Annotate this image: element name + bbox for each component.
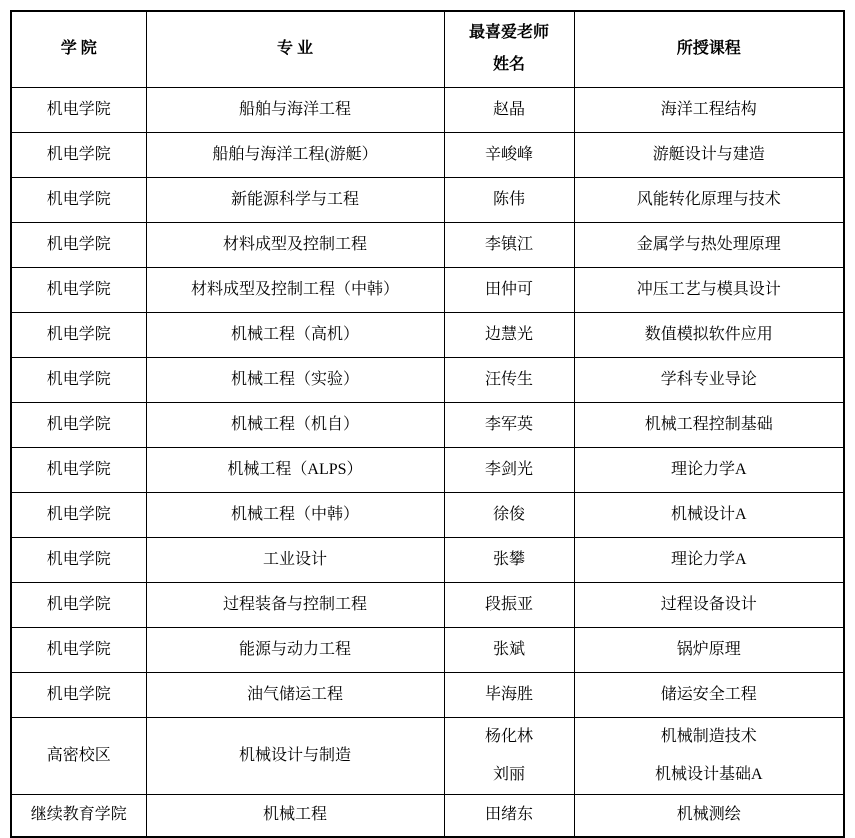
table-body: 机电学院船舶与海洋工程赵晶海洋工程结构机电学院船舶与海洋工程(游艇）辛峻峰游艇设… xyxy=(11,87,844,837)
cell-major: 机械工程（实验） xyxy=(146,357,444,402)
cell-courses-text: 锅炉原理 xyxy=(575,639,844,661)
cell-teacher-text: 段振亚 xyxy=(445,594,574,616)
cell-major: 机械工程（中韩） xyxy=(146,492,444,537)
cell-courses-text: 机械工程控制基础 xyxy=(575,414,844,436)
table-row: 机电学院能源与动力工程张斌锅炉原理 xyxy=(11,627,844,672)
cell-college-text: 机电学院 xyxy=(12,459,146,481)
table-row: 机电学院机械工程（中韩）徐俊机械设计A xyxy=(11,492,844,537)
table-row: 机电学院新能源科学与工程陈伟风能转化原理与技术 xyxy=(11,177,844,222)
cell-college-text: 机电学院 xyxy=(12,99,146,121)
cell-college: 高密校区 xyxy=(11,717,146,794)
cell-major: 工业设计 xyxy=(146,537,444,582)
cell-college-text: 高密校区 xyxy=(12,737,146,775)
cell-major-text: 机械工程 xyxy=(147,804,444,826)
header-row: 学 院 专 业 最喜爱老师 姓名 所授课程 xyxy=(11,11,844,87)
cell-teacher: 毕海胜 xyxy=(444,672,574,717)
cell-college-text: 机电学院 xyxy=(12,414,146,436)
cell-courses-text: 数值模拟软件应用 xyxy=(575,324,844,346)
cell-college-text: 机电学院 xyxy=(12,234,146,256)
cell-major-text: 新能源科学与工程 xyxy=(147,189,444,211)
header-teacher: 最喜爱老师 姓名 xyxy=(444,11,574,87)
cell-major-text: 机械工程（机自） xyxy=(147,414,444,436)
header-courses: 所授课程 xyxy=(574,11,844,87)
cell-college-text: 机电学院 xyxy=(12,594,146,616)
header-teacher-label-line1: 最喜爱老师 xyxy=(445,17,574,49)
cell-major-text: 油气储运工程 xyxy=(147,684,444,706)
cell-teacher-text: 徐俊 xyxy=(445,504,574,526)
cell-major: 机械工程（高机） xyxy=(146,312,444,357)
cell-major-text: 材料成型及控制工程 xyxy=(147,234,444,256)
cell-college-text: 机电学院 xyxy=(12,279,146,301)
cell-courses: 储运安全工程 xyxy=(574,672,844,717)
cell-courses: 游艇设计与建造 xyxy=(574,132,844,177)
cell-courses: 机械测绘 xyxy=(574,794,844,837)
cell-college-text: 机电学院 xyxy=(12,324,146,346)
header-college-label: 学 院 xyxy=(12,33,146,65)
cell-courses: 学科专业导论 xyxy=(574,357,844,402)
cell-college-text: 机电学院 xyxy=(12,369,146,391)
table-row: 继续教育学院机械工程田绪东机械测绘 xyxy=(11,794,844,837)
header-teacher-label-line2: 姓名 xyxy=(445,49,574,81)
document-page: 学 院 专 业 最喜爱老师 姓名 所授课程 机电学院船舶与海洋工程赵晶海洋工程结… xyxy=(0,0,855,838)
table-row: 机电学院材料成型及控制工程李镇江金属学与热处理原理 xyxy=(11,222,844,267)
cell-college: 机电学院 xyxy=(11,177,146,222)
cell-college: 机电学院 xyxy=(11,582,146,627)
cell-college: 机电学院 xyxy=(11,357,146,402)
cell-teacher-text: 辛峻峰 xyxy=(445,144,574,166)
cell-teacher-text: 李镇江 xyxy=(445,234,574,256)
cell-teacher-text: 刘丽 xyxy=(445,756,574,794)
cell-courses: 机械工程控制基础 xyxy=(574,402,844,447)
cell-teacher: 陈伟 xyxy=(444,177,574,222)
cell-college: 机电学院 xyxy=(11,492,146,537)
table-row: 机电学院材料成型及控制工程（中韩）田仲可冲压工艺与模具设计 xyxy=(11,267,844,312)
cell-teacher-text: 田绪东 xyxy=(445,804,574,826)
cell-college-text: 机电学院 xyxy=(12,504,146,526)
cell-courses: 锅炉原理 xyxy=(574,627,844,672)
table-row: 机电学院油气储运工程毕海胜储运安全工程 xyxy=(11,672,844,717)
cell-courses: 冲压工艺与模具设计 xyxy=(574,267,844,312)
cell-teacher: 徐俊 xyxy=(444,492,574,537)
cell-major-text: 机械工程（ALPS） xyxy=(147,459,444,481)
cell-college-text: 机电学院 xyxy=(12,144,146,166)
cell-courses: 金属学与热处理原理 xyxy=(574,222,844,267)
cell-major: 新能源科学与工程 xyxy=(146,177,444,222)
cell-college: 机电学院 xyxy=(11,672,146,717)
cell-college-text: 机电学院 xyxy=(12,684,146,706)
cell-college: 机电学院 xyxy=(11,222,146,267)
cell-courses-text: 机械制造技术 xyxy=(575,718,844,756)
cell-teacher-text: 张攀 xyxy=(445,549,574,571)
cell-teacher: 汪传生 xyxy=(444,357,574,402)
cell-courses-text: 冲压工艺与模具设计 xyxy=(575,279,844,301)
cell-courses: 过程设备设计 xyxy=(574,582,844,627)
cell-teacher-text: 毕海胜 xyxy=(445,684,574,706)
cell-teacher-text: 边慧光 xyxy=(445,324,574,346)
cell-major-text: 机械工程（高机） xyxy=(147,324,444,346)
table-row: 机电学院船舶与海洋工程(游艇）辛峻峰游艇设计与建造 xyxy=(11,132,844,177)
cell-courses: 理论力学A xyxy=(574,537,844,582)
cell-teacher-text: 李剑光 xyxy=(445,459,574,481)
table-row: 机电学院过程装备与控制工程段振亚过程设备设计 xyxy=(11,582,844,627)
cell-teacher: 杨化林刘丽 xyxy=(444,717,574,794)
cell-college-text: 机电学院 xyxy=(12,639,146,661)
cell-teacher: 田绪东 xyxy=(444,794,574,837)
cell-college: 机电学院 xyxy=(11,267,146,312)
cell-teacher-text: 李军英 xyxy=(445,414,574,436)
cell-courses-text: 机械设计A xyxy=(575,504,844,526)
cell-major-text: 材料成型及控制工程（中韩） xyxy=(147,279,444,301)
cell-major: 材料成型及控制工程 xyxy=(146,222,444,267)
cell-college: 机电学院 xyxy=(11,537,146,582)
cell-major: 机械设计与制造 xyxy=(146,717,444,794)
cell-teacher-text: 汪传生 xyxy=(445,369,574,391)
cell-courses: 机械制造技术机械设计基础A xyxy=(574,717,844,794)
cell-teacher: 张斌 xyxy=(444,627,574,672)
cell-major: 能源与动力工程 xyxy=(146,627,444,672)
cell-teacher-text: 张斌 xyxy=(445,639,574,661)
table-row: 机电学院机械工程（ALPS）李剑光理论力学A xyxy=(11,447,844,492)
table-row: 机电学院工业设计张攀理论力学A xyxy=(11,537,844,582)
cell-teacher: 边慧光 xyxy=(444,312,574,357)
cell-teacher: 李镇江 xyxy=(444,222,574,267)
cell-major-text: 船舶与海洋工程(游艇） xyxy=(147,144,444,166)
cell-teacher: 田仲可 xyxy=(444,267,574,312)
cell-courses-text: 理论力学A xyxy=(575,459,844,481)
cell-major: 船舶与海洋工程(游艇） xyxy=(146,132,444,177)
cell-college: 机电学院 xyxy=(11,87,146,132)
favorite-teacher-table: 学 院 专 业 最喜爱老师 姓名 所授课程 机电学院船舶与海洋工程赵晶海洋工程结… xyxy=(10,10,845,838)
cell-college: 机电学院 xyxy=(11,312,146,357)
header-college: 学 院 xyxy=(11,11,146,87)
cell-courses-text: 金属学与热处理原理 xyxy=(575,234,844,256)
cell-major: 机械工程（ALPS） xyxy=(146,447,444,492)
cell-major: 过程装备与控制工程 xyxy=(146,582,444,627)
cell-courses-text: 过程设备设计 xyxy=(575,594,844,616)
table-row: 高密校区机械设计与制造杨化林刘丽机械制造技术机械设计基础A xyxy=(11,717,844,794)
cell-teacher-text: 杨化林 xyxy=(445,718,574,756)
cell-teacher-text: 赵晶 xyxy=(445,99,574,121)
cell-major-text: 过程装备与控制工程 xyxy=(147,594,444,616)
cell-courses-text: 储运安全工程 xyxy=(575,684,844,706)
table-row: 机电学院机械工程（机自）李军英机械工程控制基础 xyxy=(11,402,844,447)
cell-major-text: 机械设计与制造 xyxy=(147,737,444,775)
cell-college: 机电学院 xyxy=(11,627,146,672)
cell-teacher-text: 田仲可 xyxy=(445,279,574,301)
cell-major-text: 机械工程（中韩） xyxy=(147,504,444,526)
header-major: 专 业 xyxy=(146,11,444,87)
cell-courses: 风能转化原理与技术 xyxy=(574,177,844,222)
header-courses-label: 所授课程 xyxy=(575,33,844,65)
cell-major-text: 能源与动力工程 xyxy=(147,639,444,661)
cell-courses: 数值模拟软件应用 xyxy=(574,312,844,357)
cell-courses-text: 游艇设计与建造 xyxy=(575,144,844,166)
cell-courses-text: 机械测绘 xyxy=(575,804,844,826)
cell-courses-text: 海洋工程结构 xyxy=(575,99,844,121)
cell-college-text: 机电学院 xyxy=(12,549,146,571)
cell-courses: 机械设计A xyxy=(574,492,844,537)
cell-major: 船舶与海洋工程 xyxy=(146,87,444,132)
cell-major: 机械工程（机自） xyxy=(146,402,444,447)
cell-teacher: 李军英 xyxy=(444,402,574,447)
cell-college-text: 机电学院 xyxy=(12,189,146,211)
cell-courses-text: 理论力学A xyxy=(575,549,844,571)
cell-courses-text: 风能转化原理与技术 xyxy=(575,189,844,211)
cell-courses: 理论力学A xyxy=(574,447,844,492)
cell-major: 材料成型及控制工程（中韩） xyxy=(146,267,444,312)
cell-college: 机电学院 xyxy=(11,447,146,492)
cell-teacher: 辛峻峰 xyxy=(444,132,574,177)
cell-college: 继续教育学院 xyxy=(11,794,146,837)
cell-major-text: 工业设计 xyxy=(147,549,444,571)
cell-teacher: 赵晶 xyxy=(444,87,574,132)
cell-teacher: 李剑光 xyxy=(444,447,574,492)
cell-major: 油气储运工程 xyxy=(146,672,444,717)
cell-teacher: 段振亚 xyxy=(444,582,574,627)
cell-college: 机电学院 xyxy=(11,132,146,177)
table-row: 机电学院船舶与海洋工程赵晶海洋工程结构 xyxy=(11,87,844,132)
cell-courses-text: 机械设计基础A xyxy=(575,756,844,794)
table-row: 机电学院机械工程（实验）汪传生学科专业导论 xyxy=(11,357,844,402)
cell-college: 机电学院 xyxy=(11,402,146,447)
cell-teacher: 张攀 xyxy=(444,537,574,582)
cell-major-text: 机械工程（实验） xyxy=(147,369,444,391)
cell-courses: 海洋工程结构 xyxy=(574,87,844,132)
cell-major-text: 船舶与海洋工程 xyxy=(147,99,444,121)
cell-courses-text: 学科专业导论 xyxy=(575,369,844,391)
cell-college-text: 继续教育学院 xyxy=(12,804,146,826)
cell-teacher-text: 陈伟 xyxy=(445,189,574,211)
cell-major: 机械工程 xyxy=(146,794,444,837)
table-row: 机电学院机械工程（高机）边慧光数值模拟软件应用 xyxy=(11,312,844,357)
header-major-label: 专 业 xyxy=(147,33,444,65)
